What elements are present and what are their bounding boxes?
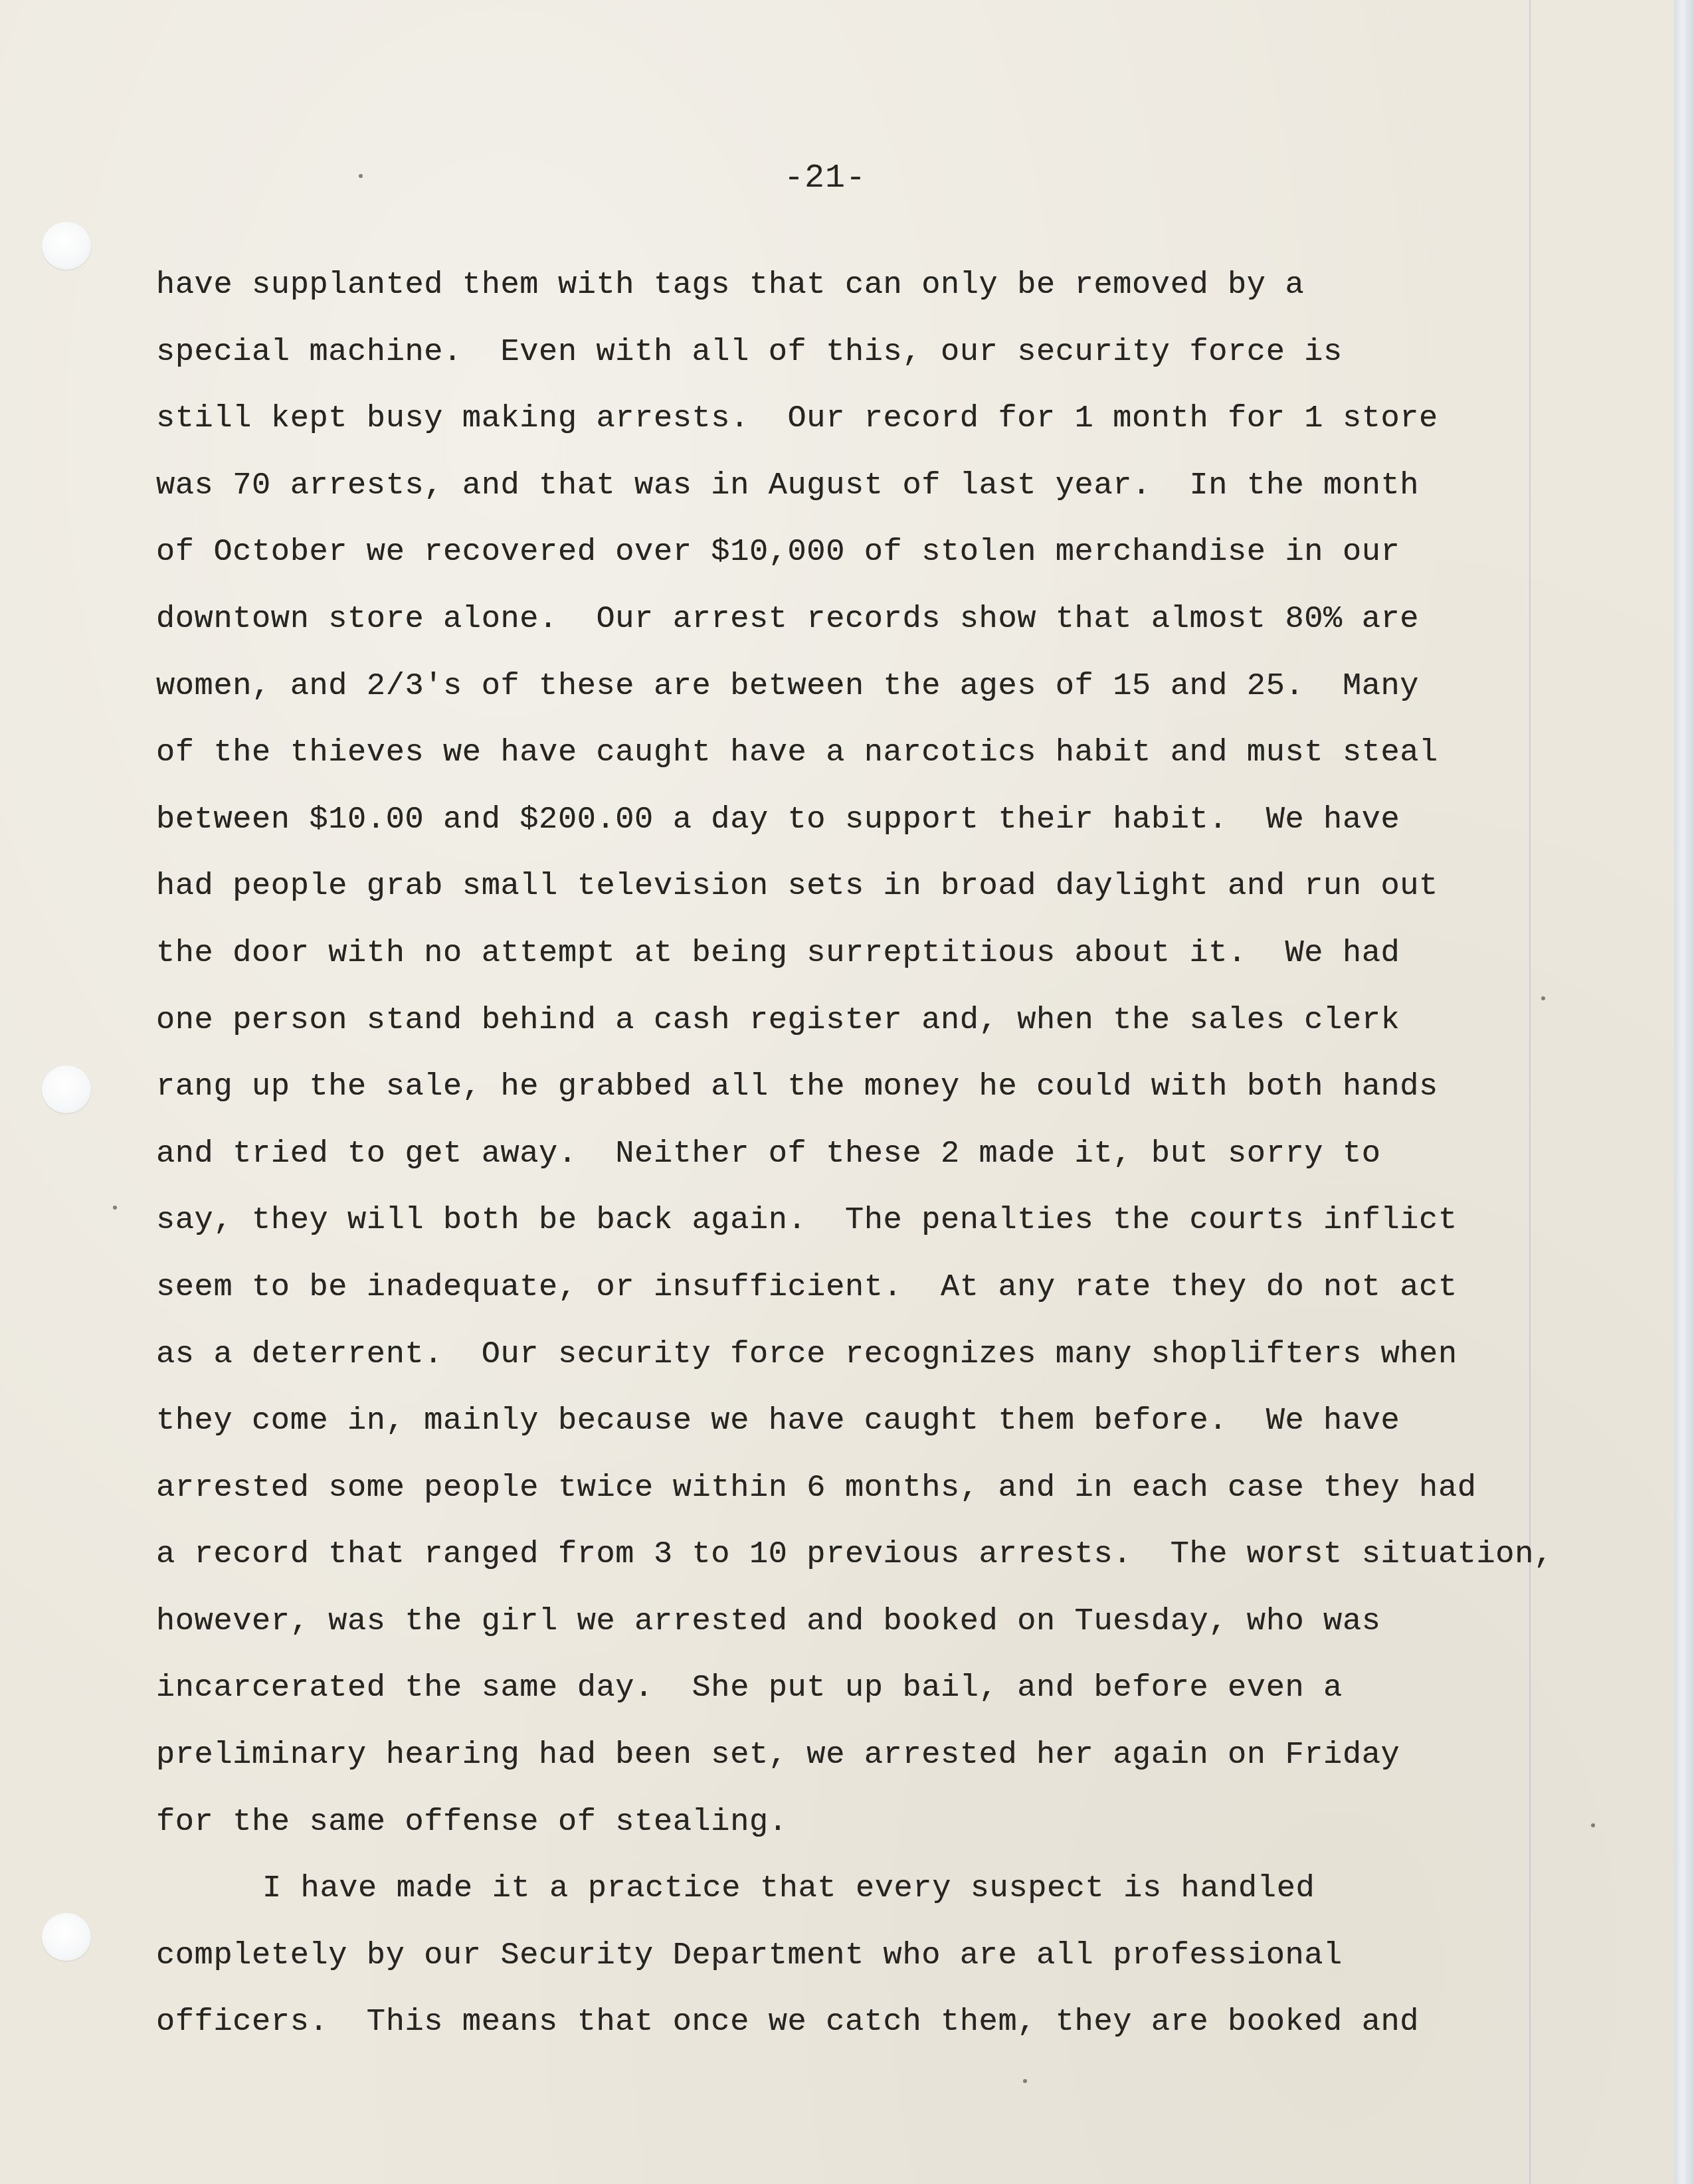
scan-speck [1591,1823,1595,1827]
text-line: one person stand behind a cash register … [156,988,1551,1055]
text-line: however, was the girl we arrested and bo… [156,1589,1551,1656]
scan-speck [1541,996,1545,1000]
text-line: of October we recovered over $10,000 of … [156,519,1551,587]
page-edge-strip [1674,0,1694,2184]
text-line: officers. This means that once we catch … [156,1989,1551,2056]
punch-hole-middle [42,1065,91,1113]
text-line: for the same offense of stealing. [156,1789,1551,1857]
scan-speck [113,1206,117,1210]
text-line: still kept busy making arrests. Our reco… [156,386,1551,453]
text-line: say, they will both be back again. The p… [156,1188,1551,1255]
page-number: -21- [784,159,866,197]
scan-speck [359,174,363,178]
paragraph-1: have supplanted them with tags that can … [156,252,1551,1856]
text-line: rang up the sale, he grabbed all the mon… [156,1054,1551,1121]
text-line: women, and 2/3's of these are between th… [156,654,1551,721]
text-line: special machine. Even with all of this, … [156,319,1551,387]
text-line: was 70 arrests, and that was in August o… [156,453,1551,520]
text-line: they come in, mainly because we have cau… [156,1388,1551,1455]
text-line: incarcerated the same day. She put up ba… [156,1655,1551,1722]
text-line: a record that ranged from 3 to 10 previo… [156,1522,1551,1589]
text-line: have supplanted them with tags that can … [156,252,1551,319]
text-line: of the thieves we have caught have a nar… [156,720,1551,787]
text-line: the door with no attempt at being surrep… [156,921,1551,988]
text-line: completely by our Security Department wh… [156,1923,1551,1990]
text-line: between $10.00 and $200.00 a day to supp… [156,787,1551,854]
text-line: seem to be inadequate, or insufficient. … [156,1255,1551,1322]
paragraph-2: I have made it a practice that every sus… [156,1856,1551,2056]
punch-hole-bottom [42,1913,91,1961]
text-line: downtown store alone. Our arrest records… [156,587,1551,654]
punch-hole-top [42,222,91,270]
scan-speck [1023,2079,1027,2083]
document-body: have supplanted them with tags that can … [156,252,1551,2056]
text-line: arrested some people twice within 6 mont… [156,1455,1551,1522]
text-line: and tried to get away. Neither of these … [156,1121,1551,1188]
text-line: had people grab small television sets in… [156,854,1551,921]
text-line: preliminary hearing had been set, we arr… [156,1722,1551,1789]
text-line: as a deterrent. Our security force recog… [156,1322,1551,1389]
text-line: I have made it a practice that every sus… [156,1856,1551,1923]
